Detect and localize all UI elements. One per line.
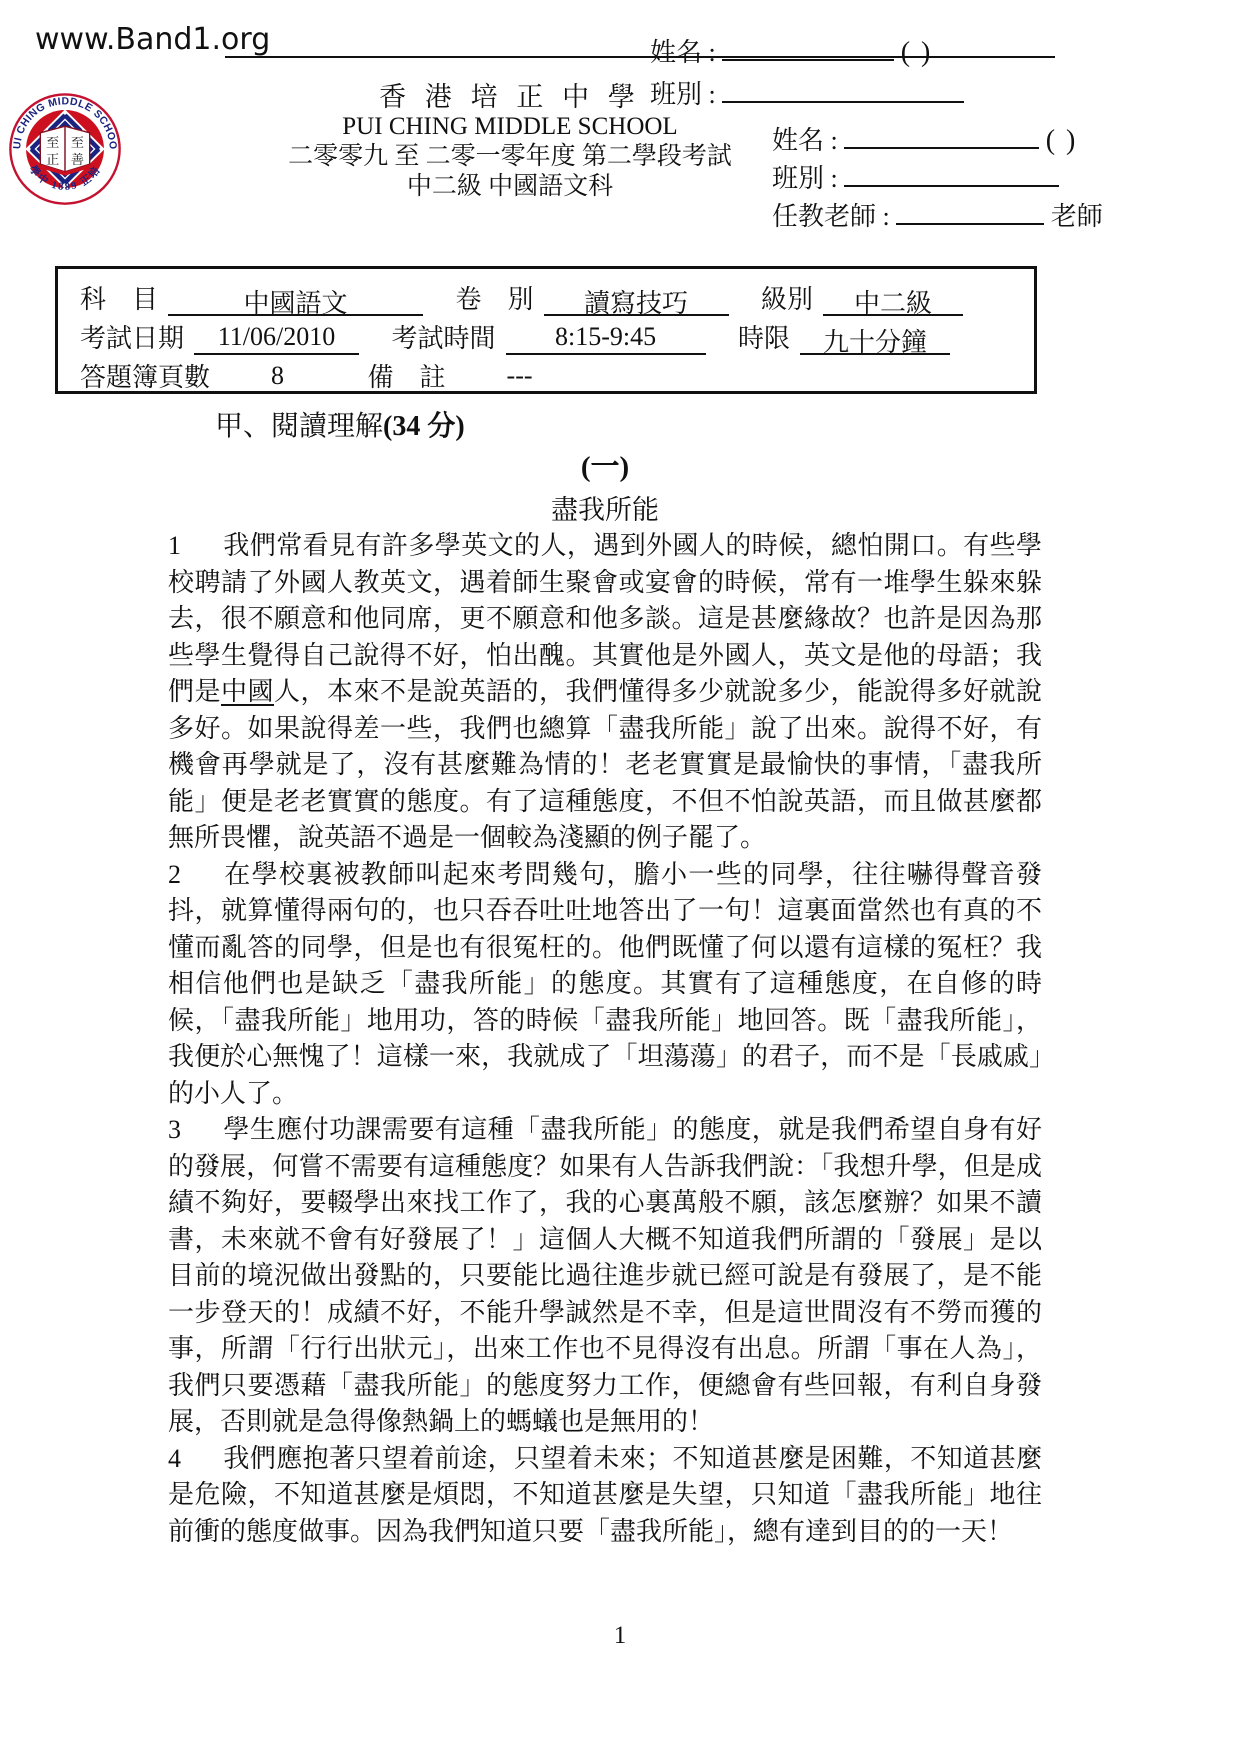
right-class-row: 班別 : xyxy=(772,158,1059,195)
duration-label: 時限 xyxy=(738,324,790,353)
paragraph-text: 人，本來不是說英語的，我們懂得多少就說多少，能說得多好就說多好。如果說得差一些，… xyxy=(168,677,1042,852)
paper-label: 卷 別 xyxy=(456,285,534,314)
reading-passage: (一) 盡我所能 1我們常看見有許多學英文的人，遇到外國人的時候，總怕開口。有些… xyxy=(168,444,1042,1550)
exam-time-value: 8:15-9:45 xyxy=(506,322,706,355)
teacher-blank-field xyxy=(896,199,1044,225)
subject-line: 中二級 中國語文科 xyxy=(250,172,770,202)
school-crest-icon: 至 正 至 善 PUI CHING MIDDLE SCHOOL 學中 1889 … xyxy=(8,92,122,206)
info-row-pages: 答題簿頁數8 備 註--- xyxy=(80,357,1012,396)
paragraph-text: 我們應抱著只望着前途，只望着未來；不知道甚麼是困難，不知道甚麼是危險，不知道甚麼… xyxy=(168,1444,1042,1546)
exam-date-label: 考試日期 xyxy=(80,324,184,353)
level-label: 級別 xyxy=(761,285,813,314)
underlined-term: 中國 xyxy=(221,677,274,706)
class-label: 班別 : xyxy=(772,164,838,193)
exam-date-value: 11/06/2010 xyxy=(194,322,359,355)
svg-text:至: 至 xyxy=(71,135,84,150)
passage-number: (一) xyxy=(168,444,1042,488)
section-score: (34 分) xyxy=(383,411,465,442)
name-blank-field xyxy=(722,35,894,61)
answer-book-pages-value: 8 xyxy=(220,361,335,394)
paper-value: 讀寫技巧 xyxy=(544,283,729,316)
paragraph-number: 1 xyxy=(168,528,223,565)
paragraph-number: 3 xyxy=(168,1112,223,1149)
exam-paper-page: www.Band1.org 姓名 : ( ) 班別 : xyxy=(0,0,1240,1754)
paragraph-number: 2 xyxy=(168,857,223,894)
section-heading-text: 甲、閱讀理解 xyxy=(215,411,383,442)
teacher-label: 任教老師 : xyxy=(772,202,890,231)
paragraph-3: 3學生應付功課需要有這種「盡我所能」的態度，就是我們希望自身有好的發展，何嘗不需… xyxy=(168,1112,1042,1441)
teacher-suffix: 老師 xyxy=(1051,202,1103,231)
subject-value: 中國語文 xyxy=(168,283,423,316)
paragraph-1: 1我們常看見有許多學英文的人，遇到外國人的時候，總怕開口。有些學校聘請了外國人教… xyxy=(168,528,1042,857)
level-value: 中二級 xyxy=(823,283,963,316)
passage-title: 盡我所能 xyxy=(168,488,1042,528)
remarks-label: 備 註 xyxy=(368,363,446,392)
section-heading: 甲、閱讀理解(34 分) xyxy=(215,404,465,444)
paragraph-text: 在學校裏被教師叫起來考問幾句，膽小一些的同學，往往嚇得聲音發抖，就算懂得兩句的，… xyxy=(168,860,1042,1108)
paragraph-2: 2在學校裏被教師叫起來考問幾句，膽小一些的同學，往往嚇得聲音發抖，就算懂得兩句的… xyxy=(168,857,1042,1113)
paragraph-number: 4 xyxy=(168,1441,223,1478)
site-url: www.Band1.org xyxy=(35,22,270,57)
paragraph-4: 4我們應抱著只望着前途，只望着未來；不知道甚麼是困難，不知道甚麼是危險，不知道甚… xyxy=(168,1441,1042,1551)
name-blank-field xyxy=(844,123,1039,149)
open-book-icon xyxy=(40,126,89,175)
answer-book-pages-label: 答題簿頁數 xyxy=(80,363,210,392)
svg-text:善: 善 xyxy=(71,152,84,167)
remarks-value: --- xyxy=(456,361,584,394)
exam-year-line: 二零零九 至 二零一零年度 第二學段考試 xyxy=(250,142,770,172)
class-blank-field xyxy=(844,161,1059,187)
info-row-datetime: 考試日期11/06/2010 考試時間8:15-9:45 時限九十分鐘 xyxy=(80,318,1012,357)
duration-value: 九十分鐘 xyxy=(800,322,950,355)
name-label: 姓名 : xyxy=(650,38,716,67)
subject-label: 科 目 xyxy=(80,285,158,314)
right-name-row: 姓名 : ( ) xyxy=(772,120,1077,157)
right-teacher-row: 任教老師 : 老師 xyxy=(772,196,1103,233)
svg-text:正: 正 xyxy=(46,152,59,167)
school-name-en: PUI CHING MIDDLE SCHOOL xyxy=(250,112,770,142)
name-label: 姓名 : xyxy=(772,126,838,155)
paragraph-text: 學生應付功課需要有這種「盡我所能」的態度，就是我們希望自身有好的發展，何嘗不需要… xyxy=(168,1115,1042,1436)
top-name-row: 姓名 : ( ) xyxy=(650,32,932,69)
page-number: 1 xyxy=(0,1622,1240,1650)
class-number-paren: ( ) xyxy=(1046,125,1078,156)
class-number-paren: ( ) xyxy=(901,37,933,68)
school-title-block: 香 港 培 正 中 學 PUI CHING MIDDLE SCHOOL 二零零九… xyxy=(250,82,770,202)
exam-info-box: 科 目中國語文 卷 別讀寫技巧 級別中二級 考試日期11/06/2010 考試時… xyxy=(55,266,1037,394)
school-logo: 至 正 至 善 PUI CHING MIDDLE SCHOOL 學中 1889 … xyxy=(8,92,122,206)
info-row-subject: 科 目中國語文 卷 別讀寫技巧 級別中二級 xyxy=(80,279,1012,318)
exam-time-label: 考試時間 xyxy=(392,324,496,353)
school-name-cn: 香 港 培 正 中 學 xyxy=(250,82,770,112)
svg-text:至: 至 xyxy=(46,135,59,150)
